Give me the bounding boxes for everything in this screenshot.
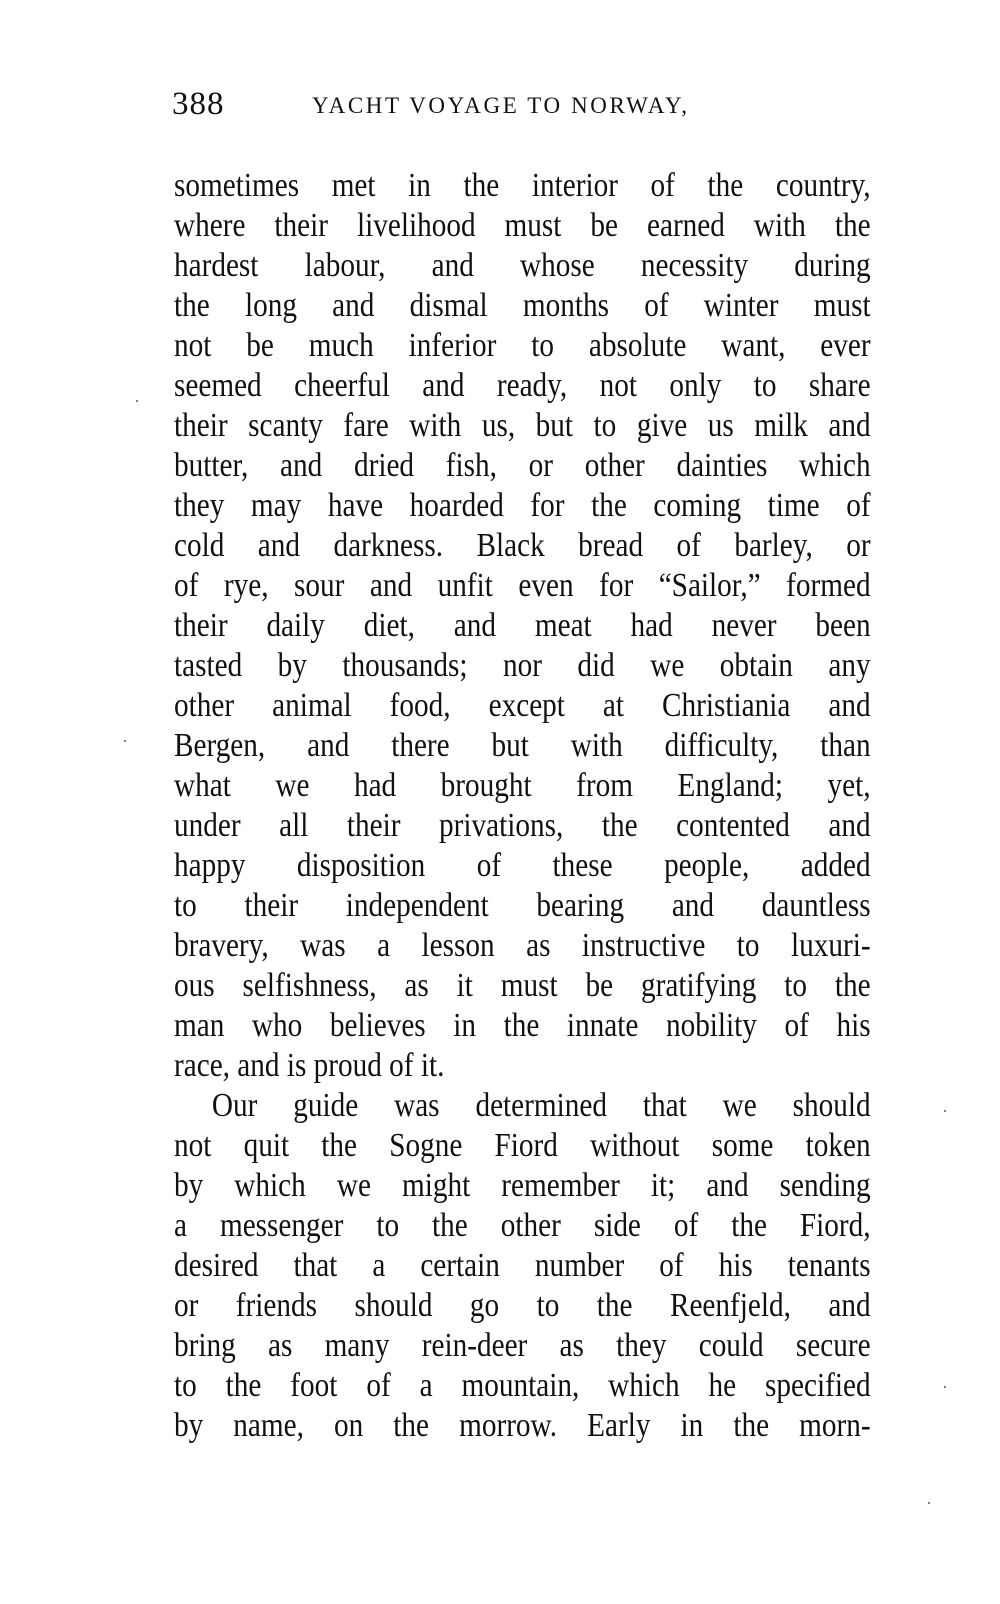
text-line: tasted by thousands; nor did we obtain a…	[174, 646, 871, 686]
scan-speck	[944, 1110, 946, 1112]
text-line: butter, and dried fish, or other daintie…	[174, 446, 871, 486]
text-line: not be much inferior to absolute want, e…	[174, 326, 871, 366]
scan-speck	[136, 400, 138, 402]
text-line: to the foot of a mountain, which he spec…	[174, 1366, 871, 1406]
body-text: sometimes met in the interior of the cou…	[174, 166, 871, 1446]
text-line: their scanty fare with us, but to give u…	[174, 406, 871, 446]
text-line: their daily diet, and meat had never bee…	[174, 606, 871, 646]
text-line: under all their privations, the contente…	[174, 806, 871, 846]
running-head: 388 YACHT VOYAGE TO NORWAY,	[172, 84, 872, 124]
text-line: hardest labour, and whose necessity duri…	[174, 246, 871, 286]
paragraph-1: sometimes met in the interior of the cou…	[174, 166, 871, 1086]
text-line: bravery, was a lesson as instructive to …	[174, 926, 871, 966]
text-line: other animal food, except at Christiania…	[174, 686, 871, 726]
text-line: by name, on the morrow. Early in the mor…	[174, 1406, 871, 1446]
text-line: what we had brought from England; yet,	[174, 766, 871, 806]
text-line: a messenger to the other side of the Fio…	[174, 1206, 871, 1246]
text-line: they may have hoarded for the coming tim…	[174, 486, 871, 526]
text-line: not quit the Sogne Fiord without some to…	[174, 1126, 871, 1166]
text-line: or friends should go to the Reenfjeld, a…	[174, 1286, 871, 1326]
text-line: by which we might remember it; and sendi…	[174, 1166, 871, 1206]
text-line: bring as many rein-deer as they could se…	[174, 1326, 871, 1366]
scan-speck	[928, 1502, 930, 1504]
text-line: ous selfishness, as it must be gratifyin…	[174, 966, 871, 1006]
text-line: of rye, sour and unfit even for “Sailor,…	[174, 566, 871, 606]
scan-speck	[124, 740, 126, 742]
running-title: YACHT VOYAGE TO NORWAY,	[312, 88, 690, 124]
text-line: cold and darkness. Black bread of barley…	[174, 526, 871, 566]
text-line: to their independent bearing and dauntle…	[174, 886, 871, 926]
text-line: happy disposition of these people, added	[174, 846, 871, 886]
text-line: Bergen, and there but with difficulty, t…	[174, 726, 871, 766]
text-line: desired that a certain number of his ten…	[174, 1246, 871, 1286]
text-line: race, and is proud of it.	[174, 1046, 871, 1086]
text-line: where their livelihood must be earned wi…	[174, 206, 871, 246]
text-line: the long and dismal months of winter mus…	[174, 286, 871, 326]
text-line: sometimes met in the interior of the cou…	[174, 166, 871, 206]
text-line: Our guide was determined that we should	[174, 1086, 871, 1126]
text-line: seemed cheerful and ready, not only to s…	[174, 366, 871, 406]
book-page: 388 YACHT VOYAGE TO NORWAY, sometimes me…	[0, 0, 1000, 1604]
text-line: man who believes in the innate nobility …	[174, 1006, 871, 1046]
scan-speck	[944, 1386, 946, 1388]
paragraph-2: Our guide was determined that we should …	[174, 1086, 871, 1446]
page-number: 388	[172, 84, 225, 124]
